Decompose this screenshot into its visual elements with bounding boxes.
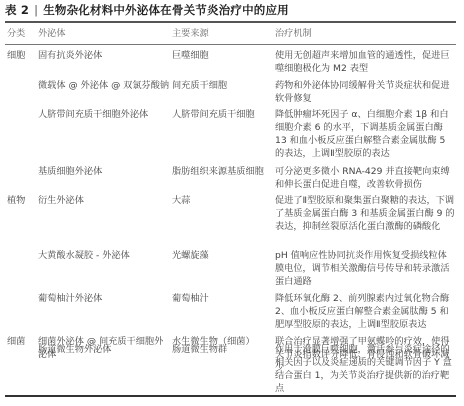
exosome-cell: 固有抗炎外泌体 (38, 49, 170, 62)
table-caption: 生物杂化材料中外泌体在骨关节炎治疗中的应用 (43, 3, 289, 17)
title-separator: | (34, 3, 38, 17)
source-cell: 巨噬细胞 (172, 49, 272, 62)
mechanism-cell: 作用于滑膜巨噬细胞，激活参与炎症途径的相关因子以及炎症递质的关键调节因子 Y 盒… (275, 343, 455, 395)
source-cell: 人脐带间充质干细胞 (172, 108, 272, 121)
category-cell: 植物 (7, 194, 37, 207)
exosome-cell: 衍生外泌体 (38, 194, 170, 207)
exosome-cell: 人脐带间充质干细胞外泌体 (38, 108, 170, 121)
exosome-cell: 基质细胞外泌体 (38, 165, 170, 178)
header-category: 分类 (7, 27, 37, 40)
exosome-cell: 肠道微生物外泌体 (38, 343, 170, 356)
header-rule (5, 44, 456, 45)
mechanism-cell: 可分泌更多微小 RNA-429 并直接靶向束缚和伸长蛋白促进自噬，改善软骨损伤 (275, 165, 455, 191)
table-title: 表 2|生物杂化材料中外泌体在骨关节炎治疗中的应用 (5, 2, 289, 18)
table-number: 表 2 (5, 3, 29, 17)
source-cell: 大蒜 (172, 194, 272, 207)
exosome-cell: 微载体 @ 外泌体 @ 双氯芬酸钠 (38, 79, 170, 92)
exosome-cell: 葡萄柚汁外泌体 (38, 292, 170, 305)
mechanism-cell: 使用无创超声来增加血管的通透性，促进巨噬细胞极化为 M2 表型 (275, 49, 455, 75)
exosome-cell: 大黄酸水凝胶 - 外泌体 (38, 249, 170, 262)
source-cell: 肠道微生物群 (172, 343, 272, 356)
mechanism-cell: 药物和外泌体协同缓解骨关节炎症状和促进软骨修复 (275, 79, 455, 105)
mechanism-cell: 降低肿瘤坏死因子 α、白细胞介素 1β 和白细胞介素 6 的水平，下调基质金属蛋… (275, 108, 455, 160)
category-cell: 细胞 (7, 49, 37, 62)
source-cell: 脂肪组织来源基质细胞 (172, 165, 272, 178)
mechanism-cell: 促进了Ⅱ型胶原和聚集蛋白聚糖的表达，下调了基质金属蛋白酶 3 和基质金属蛋白酶 … (275, 194, 455, 233)
source-cell: 光螺旋藻 (172, 249, 272, 262)
top-rule (5, 21, 456, 23)
header-exosome: 外泌体 (38, 27, 170, 40)
source-cell: 葡萄柚汁 (172, 292, 272, 305)
mechanism-cell: pH 值响应性协同抗炎作用恢复受损线粒体膜电位，调节相关激酶信号传导和转录激活蛋… (275, 249, 455, 288)
mechanism-cell: 降低环氧化酶 2、前列腺素内过氧化物合酶 2、血小板反应蛋白解整合素金属肽酶 5… (275, 292, 455, 331)
category-cell: 细菌 (7, 335, 37, 348)
source-cell: 间充质干细胞 (172, 79, 272, 92)
bottom-rule (5, 395, 456, 397)
header-source: 主要来源 (172, 27, 272, 40)
header-mechanism: 治疗机制 (275, 27, 455, 40)
